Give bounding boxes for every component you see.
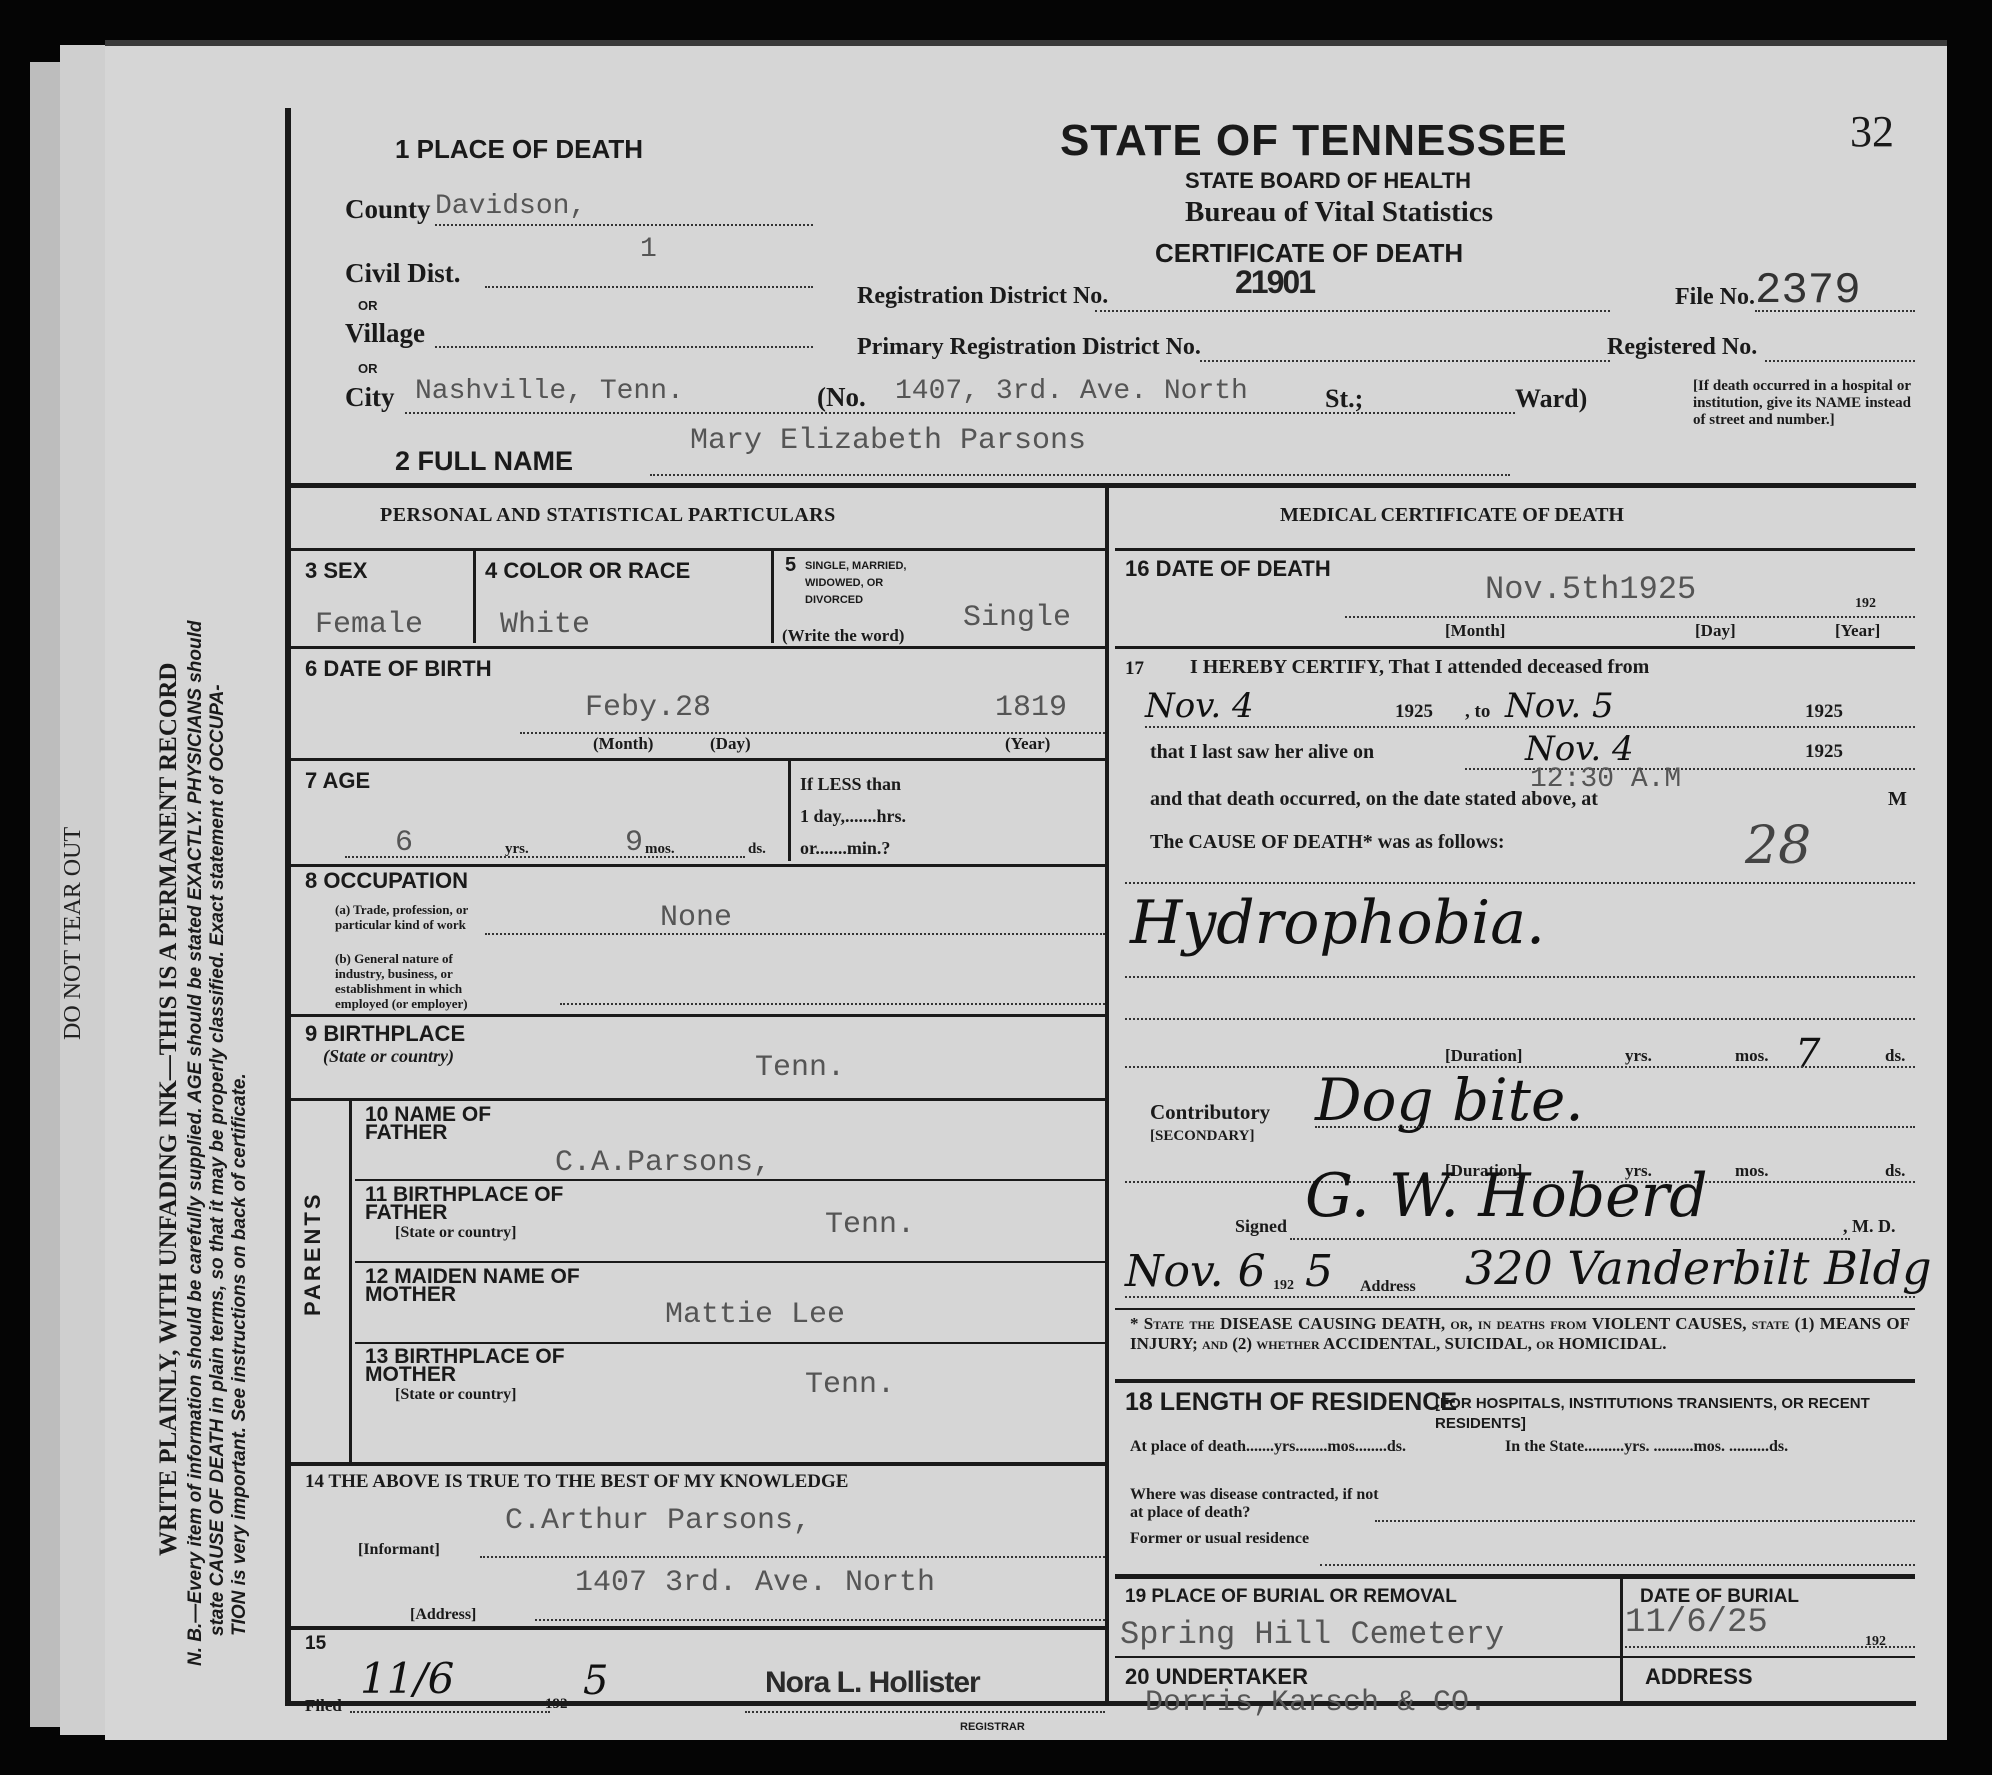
- bureau-vital-statistics: Bureau of Vital Statistics: [1185, 196, 1493, 229]
- father-name-value[interactable]: C.A.Parsons,: [555, 1146, 771, 1180]
- filed-number: 15: [305, 1633, 326, 1655]
- mother-birthplace-value[interactable]: Tenn.: [805, 1368, 895, 1402]
- mother-birthplace-sub: [State or country]: [395, 1386, 516, 1404]
- medical-heading: MEDICAL CERTIFICATE OF DEATH: [1280, 504, 1624, 527]
- last-saw-year: 1925: [1805, 741, 1843, 763]
- registration-stamp: 21901: [1235, 264, 1314, 301]
- city-value[interactable]: Nashville, Tenn.: [415, 376, 684, 407]
- attended-from-date[interactable]: Nov. 4: [1145, 686, 1254, 726]
- dob-year[interactable]: 1819: [995, 691, 1067, 725]
- informant-address-value[interactable]: 1407 3rd. Ave. North: [575, 1566, 935, 1600]
- registration-district-label: Registration District No.: [857, 283, 1108, 310]
- registrar-signature: Nora L. Hollister: [765, 1666, 980, 1700]
- dod-year-caption: [Year]: [1835, 621, 1880, 641]
- contributory-value[interactable]: Dog bite.: [1315, 1066, 1584, 1134]
- birthplace-value[interactable]: Tenn.: [755, 1051, 845, 1085]
- to-label: , to: [1465, 701, 1490, 723]
- duration-mos-2: mos.: [1735, 1161, 1769, 1181]
- attended-to-year: 1925: [1805, 701, 1843, 723]
- duration-mos-1: mos.: [1735, 1046, 1769, 1066]
- full-name-value[interactable]: Mary Elizabeth Parsons: [690, 424, 1086, 458]
- informant-value[interactable]: C.Arthur Parsons,: [505, 1504, 811, 1538]
- meridian-label: M: [1888, 788, 1907, 811]
- age-ds-caption: ds.: [748, 841, 766, 858]
- residence-in-state: In the State..........yrs. ..........mos…: [1505, 1438, 1915, 1456]
- dod-day-caption: [Day]: [1695, 621, 1736, 641]
- duration-ds-2: ds.: [1885, 1161, 1905, 1181]
- last-saw-text: that I last saw her alive on: [1150, 741, 1374, 764]
- duration-days-value[interactable]: 7: [1795, 1031, 1820, 1077]
- signed-year[interactable]: 5: [1305, 1246, 1333, 1297]
- civil-district-label: Civil Dist.: [345, 258, 461, 289]
- file-no-value[interactable]: 2379: [1755, 266, 1861, 316]
- place-of-death-heading: 1 PLACE OF DEATH: [395, 134, 643, 165]
- age-label: 7 AGE: [305, 768, 370, 794]
- physician-signature[interactable]: G. W. Hoberd: [1305, 1161, 1708, 1231]
- race-label: 4 COLOR OR RACE: [485, 558, 690, 584]
- cause-label: The CAUSE OF DEATH* was as follows:: [1150, 831, 1504, 854]
- attended-from-year: 1925: [1395, 701, 1433, 723]
- dob-month-caption: (Month): [593, 734, 653, 754]
- city-label: City: [345, 382, 395, 413]
- sex-value[interactable]: Female: [315, 608, 423, 642]
- full-name-label: 2 FULL NAME: [395, 446, 573, 477]
- marital-label: SINGLE, MARRIED, WIDOWED, OR DIVORCED: [805, 558, 915, 609]
- death-occurred-text: and that death occurred, on the date sta…: [1150, 788, 1598, 811]
- physician-address-label: Address: [1360, 1278, 1416, 1296]
- cause-code: 28: [1745, 816, 1811, 876]
- or-label-1: OR: [358, 298, 378, 313]
- duration-yrs-1: yrs.: [1625, 1046, 1652, 1066]
- mother-birthplace-label: 13 BIRTHPLACE OF MOTHER: [365, 1348, 605, 1384]
- age-months[interactable]: 9: [625, 826, 643, 860]
- attended-to-date[interactable]: Nov. 5: [1505, 686, 1614, 726]
- file-no-label: File No.: [1675, 284, 1755, 311]
- former-residence-label: Former or usual residence: [1130, 1530, 1330, 1548]
- occupation-b-label: (b) General nature of industry, business…: [335, 951, 495, 1011]
- do-not-tear-note: DO NOT TEAR OUT: [60, 827, 87, 1040]
- occupation-a-label: (a) Trade, profession, or particular kin…: [335, 902, 485, 932]
- date-of-death-label: 16 DATE OF DEATH: [1125, 556, 1331, 582]
- sex-label: 3 SEX: [305, 558, 367, 584]
- secondary-label: [SECONDARY]: [1150, 1128, 1254, 1145]
- nb-line-1: N. B.—Every item of information should b…: [185, 620, 207, 1666]
- informant-label: [Informant]: [358, 1541, 440, 1559]
- contributory-label: Contributory: [1150, 1100, 1270, 1125]
- birthplace-label: 9 BIRTHPLACE: [305, 1021, 465, 1047]
- duration-ds-1: ds.: [1885, 1046, 1905, 1066]
- father-birthplace-label: 11 BIRTHPLACE OF FATHER: [365, 1186, 605, 1222]
- date-of-death-value[interactable]: Nov.5th1925: [1485, 571, 1696, 608]
- write-plainly-note: WRITE PLAINLY, WITH UNFADING INK—THIS IS…: [155, 663, 183, 1556]
- dob-label: 6 DATE OF BIRTH: [305, 656, 492, 682]
- less-than-day: If LESS than 1 day,.......hrs. or.......…: [800, 768, 906, 864]
- race-value[interactable]: White: [500, 608, 590, 642]
- dob-year-caption: (Year): [1005, 734, 1050, 754]
- mother-name-value[interactable]: Mattie Lee: [665, 1298, 845, 1332]
- filed-year[interactable]: 5: [583, 1658, 608, 1704]
- marital-write-word: (Write the word): [782, 626, 904, 646]
- state-title: STATE OF TENNESSEE: [1060, 116, 1568, 166]
- certify-text: I HEREBY CERTIFY, That I attended deceas…: [1190, 656, 1649, 679]
- duration-label-1: [Duration]: [1445, 1046, 1522, 1066]
- signed-date[interactable]: Nov. 6: [1125, 1246, 1266, 1297]
- street-label: St.;: [1325, 384, 1363, 414]
- nb-line-3: TION is very important. See instructions…: [229, 1073, 251, 1636]
- physician-address-value[interactable]: 320 Vanderbilt Bldg: [1465, 1241, 1932, 1295]
- bottom-border: [291, 1701, 1916, 1706]
- personal-heading: PERSONAL AND STATISTICAL PARTICULARS: [380, 504, 836, 527]
- board-of-health: STATE BOARD OF HEALTH: [1185, 168, 1471, 194]
- marital-number: 5: [785, 554, 796, 577]
- primary-registration-label: Primary Registration District No.: [857, 334, 1201, 361]
- residence-at-place: At place of death.......yrs........mos..…: [1130, 1438, 1500, 1456]
- street-value[interactable]: 1407, 3rd. Ave. North: [895, 376, 1248, 407]
- dob-day-caption: (Day): [710, 734, 751, 754]
- county-value[interactable]: Davidson,: [435, 191, 586, 222]
- filed-date-value[interactable]: 11/6: [360, 1654, 454, 1703]
- father-name-label: 10 NAME OF FATHER: [365, 1106, 565, 1142]
- residence-heading: 18 LENGTH OF RESIDENCE: [1125, 1388, 1457, 1417]
- street-number-label: (No.: [817, 382, 866, 413]
- page-number: 32: [1850, 106, 1894, 157]
- last-saw-date[interactable]: Nov. 4: [1525, 729, 1634, 769]
- registrar-label: REGISTRAR: [960, 1721, 1025, 1733]
- left-border: [285, 108, 291, 1706]
- undertaker-value[interactable]: Dorris,Karsch & CO.: [1145, 1686, 1487, 1720]
- undertaker-address-label: ADDRESS: [1645, 1664, 1753, 1690]
- md-label: , M. D.: [1843, 1216, 1896, 1237]
- certificate-paper: WRITE PLAINLY, WITH UNFADING INK—THIS IS…: [105, 40, 1947, 1740]
- birthplace-sub: (State or country): [323, 1046, 454, 1067]
- father-birthplace-sub: [State or country]: [395, 1224, 516, 1242]
- village-label: Village: [345, 318, 425, 349]
- header-divider: [291, 483, 1916, 488]
- filed-label: Filed: [305, 1696, 342, 1716]
- burial-place-value[interactable]: Spring Hill Cemetery: [1120, 1616, 1504, 1653]
- signed-label: Signed: [1235, 1216, 1287, 1237]
- cause-of-death-value[interactable]: Hydrophobia.: [1130, 888, 1545, 958]
- informant-heading: 14 THE ABOVE IS TRUE TO THE BEST OF MY K…: [305, 1471, 848, 1493]
- informant-address-label: [Address]: [410, 1606, 476, 1624]
- burial-date-value[interactable]: 11/6/25: [1625, 1604, 1768, 1642]
- dod-month-caption: [Month]: [1445, 621, 1505, 641]
- center-divider: [1105, 488, 1109, 1706]
- cause-footnote: * State the DISEASE CAUSING DEATH, or, i…: [1130, 1314, 1910, 1354]
- signed-year-prefix: 192: [1273, 1278, 1294, 1294]
- age-years[interactable]: 6: [395, 826, 413, 860]
- parents-label: PARENTS: [300, 1192, 326, 1317]
- father-birthplace-value[interactable]: Tenn.: [825, 1208, 915, 1242]
- certify-number: 17: [1125, 658, 1144, 680]
- dob-value[interactable]: Feby.28: [585, 691, 711, 725]
- disease-contracted-label: Where was disease contracted, if not at …: [1130, 1486, 1390, 1522]
- occupation-label: 8 OCCUPATION: [305, 868, 468, 894]
- or-label-2: OR: [358, 361, 378, 376]
- registered-no-label: Registered No.: [1607, 334, 1757, 361]
- dod-year-prefix: 192: [1855, 596, 1876, 612]
- hospital-note: [If death occurred in a hospital or inst…: [1693, 378, 1911, 429]
- mother-name-label: 12 MAIDEN NAME OF MOTHER: [365, 1268, 625, 1304]
- ward-label: Ward): [1515, 384, 1587, 414]
- civil-district-value[interactable]: 1: [640, 234, 657, 265]
- nb-line-2: state CAUSE OF DEATH in plain terms, so …: [207, 684, 229, 1636]
- burial-place-label: 19 PLACE OF BURIAL OR REMOVAL: [1125, 1586, 1457, 1608]
- county-label: County: [345, 194, 431, 225]
- residence-note: [FOR HOSPITALS, INSTITUTIONS TRANSIENTS,…: [1435, 1394, 1915, 1434]
- occupation-a-value[interactable]: None: [660, 901, 732, 935]
- marital-value[interactable]: Single: [963, 601, 1071, 635]
